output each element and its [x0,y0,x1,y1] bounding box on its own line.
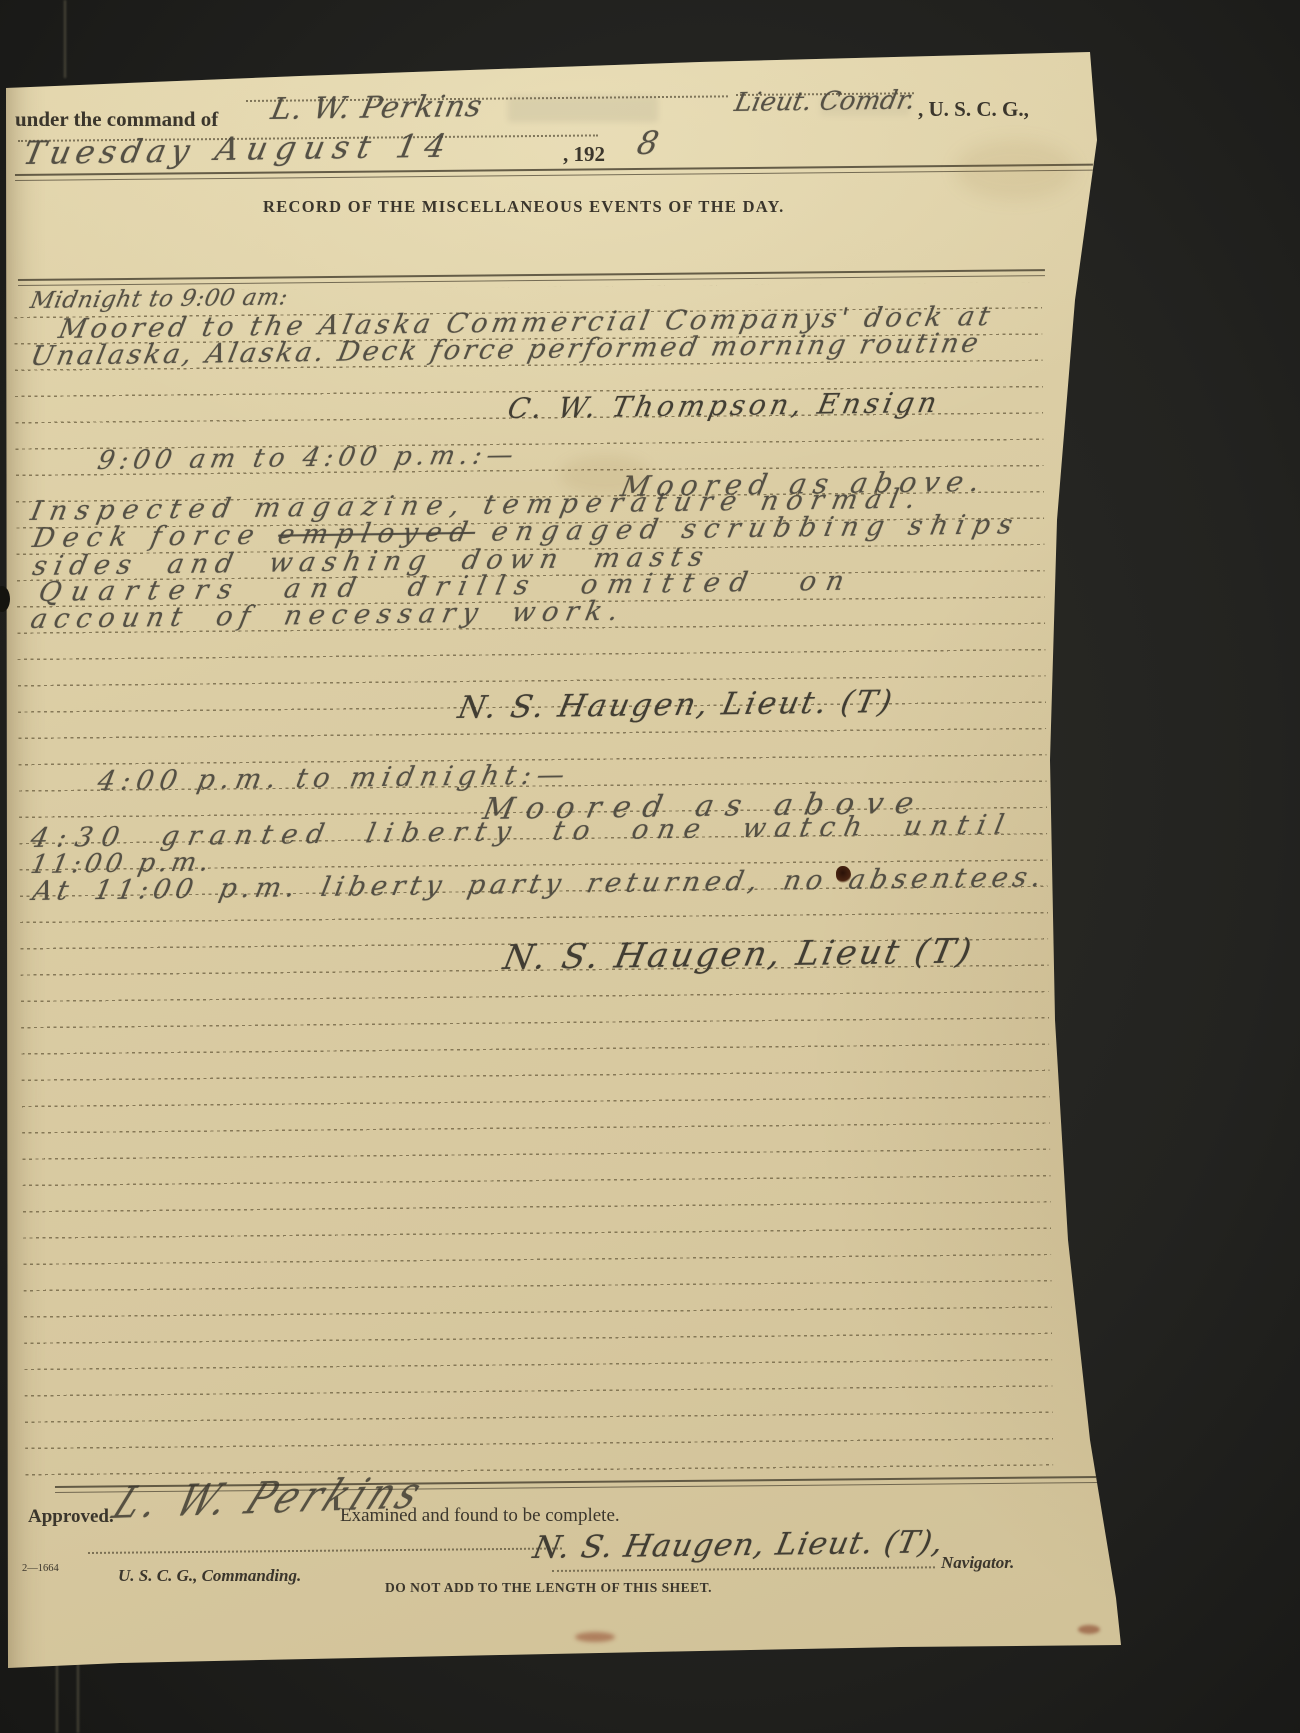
entry2-period: 9:00 am to 4:00 p.m.:— [95,440,521,476]
year-digit-handwritten: 8 [634,124,662,162]
form-number: 2—1664 [22,1563,59,1574]
red-stain-edge [1078,1625,1100,1634]
commander-name-handwritten: L. W. Perkins [268,89,486,127]
navigator-label: Navigator. [941,1553,1014,1573]
book-page-edge-top [64,0,66,78]
scanned-logbook-photo: { "header": { "command_label": "under th… [0,0,1300,1733]
log-sheet: under the command of L. W. Perkins Lieut… [0,0,1300,1733]
year-prefix: , 192 [563,142,605,167]
approved-underline [88,1547,562,1554]
commanding-label: U. S. C. G., Commanding. [118,1566,301,1586]
entry1-signature: C. W. Thompson, Ensign [505,386,944,425]
ink-blot [836,866,851,883]
entry3-signature: N. S. Haugen, Lieut (T) [500,931,978,978]
red-stain-bottom [575,1632,615,1642]
ink-bleedthrough [508,96,658,122]
entry1-period: Midnight to 9:00 am: [28,284,290,314]
book-page-edge-bottom-1 [56,1658,58,1733]
approved-label: Approved. [28,1506,114,1528]
navigator-underline [552,1566,935,1572]
navigator-signature: N. S. Haugen, Lieut. (T), [530,1524,947,1566]
examined-label: Examined and found to be complete. [340,1505,620,1527]
entry2-signature: N. S. Haugen, Lieut. (T) [455,684,897,726]
date-handwritten: August 14 [212,127,457,168]
commander-rank-handwritten: Lieut. Comdr. [732,85,918,118]
page-title: RECORD OF THE MISCELLANEOUS EVENTS OF TH… [263,197,785,217]
weekday-handwritten: Tuesday [20,132,198,172]
length-warning: DO NOT ADD TO THE LENGTH OF THIS SHEET. [385,1580,712,1596]
service-suffix: , U. S. C. G., [918,97,1029,122]
command-label: under the command of [15,107,218,132]
